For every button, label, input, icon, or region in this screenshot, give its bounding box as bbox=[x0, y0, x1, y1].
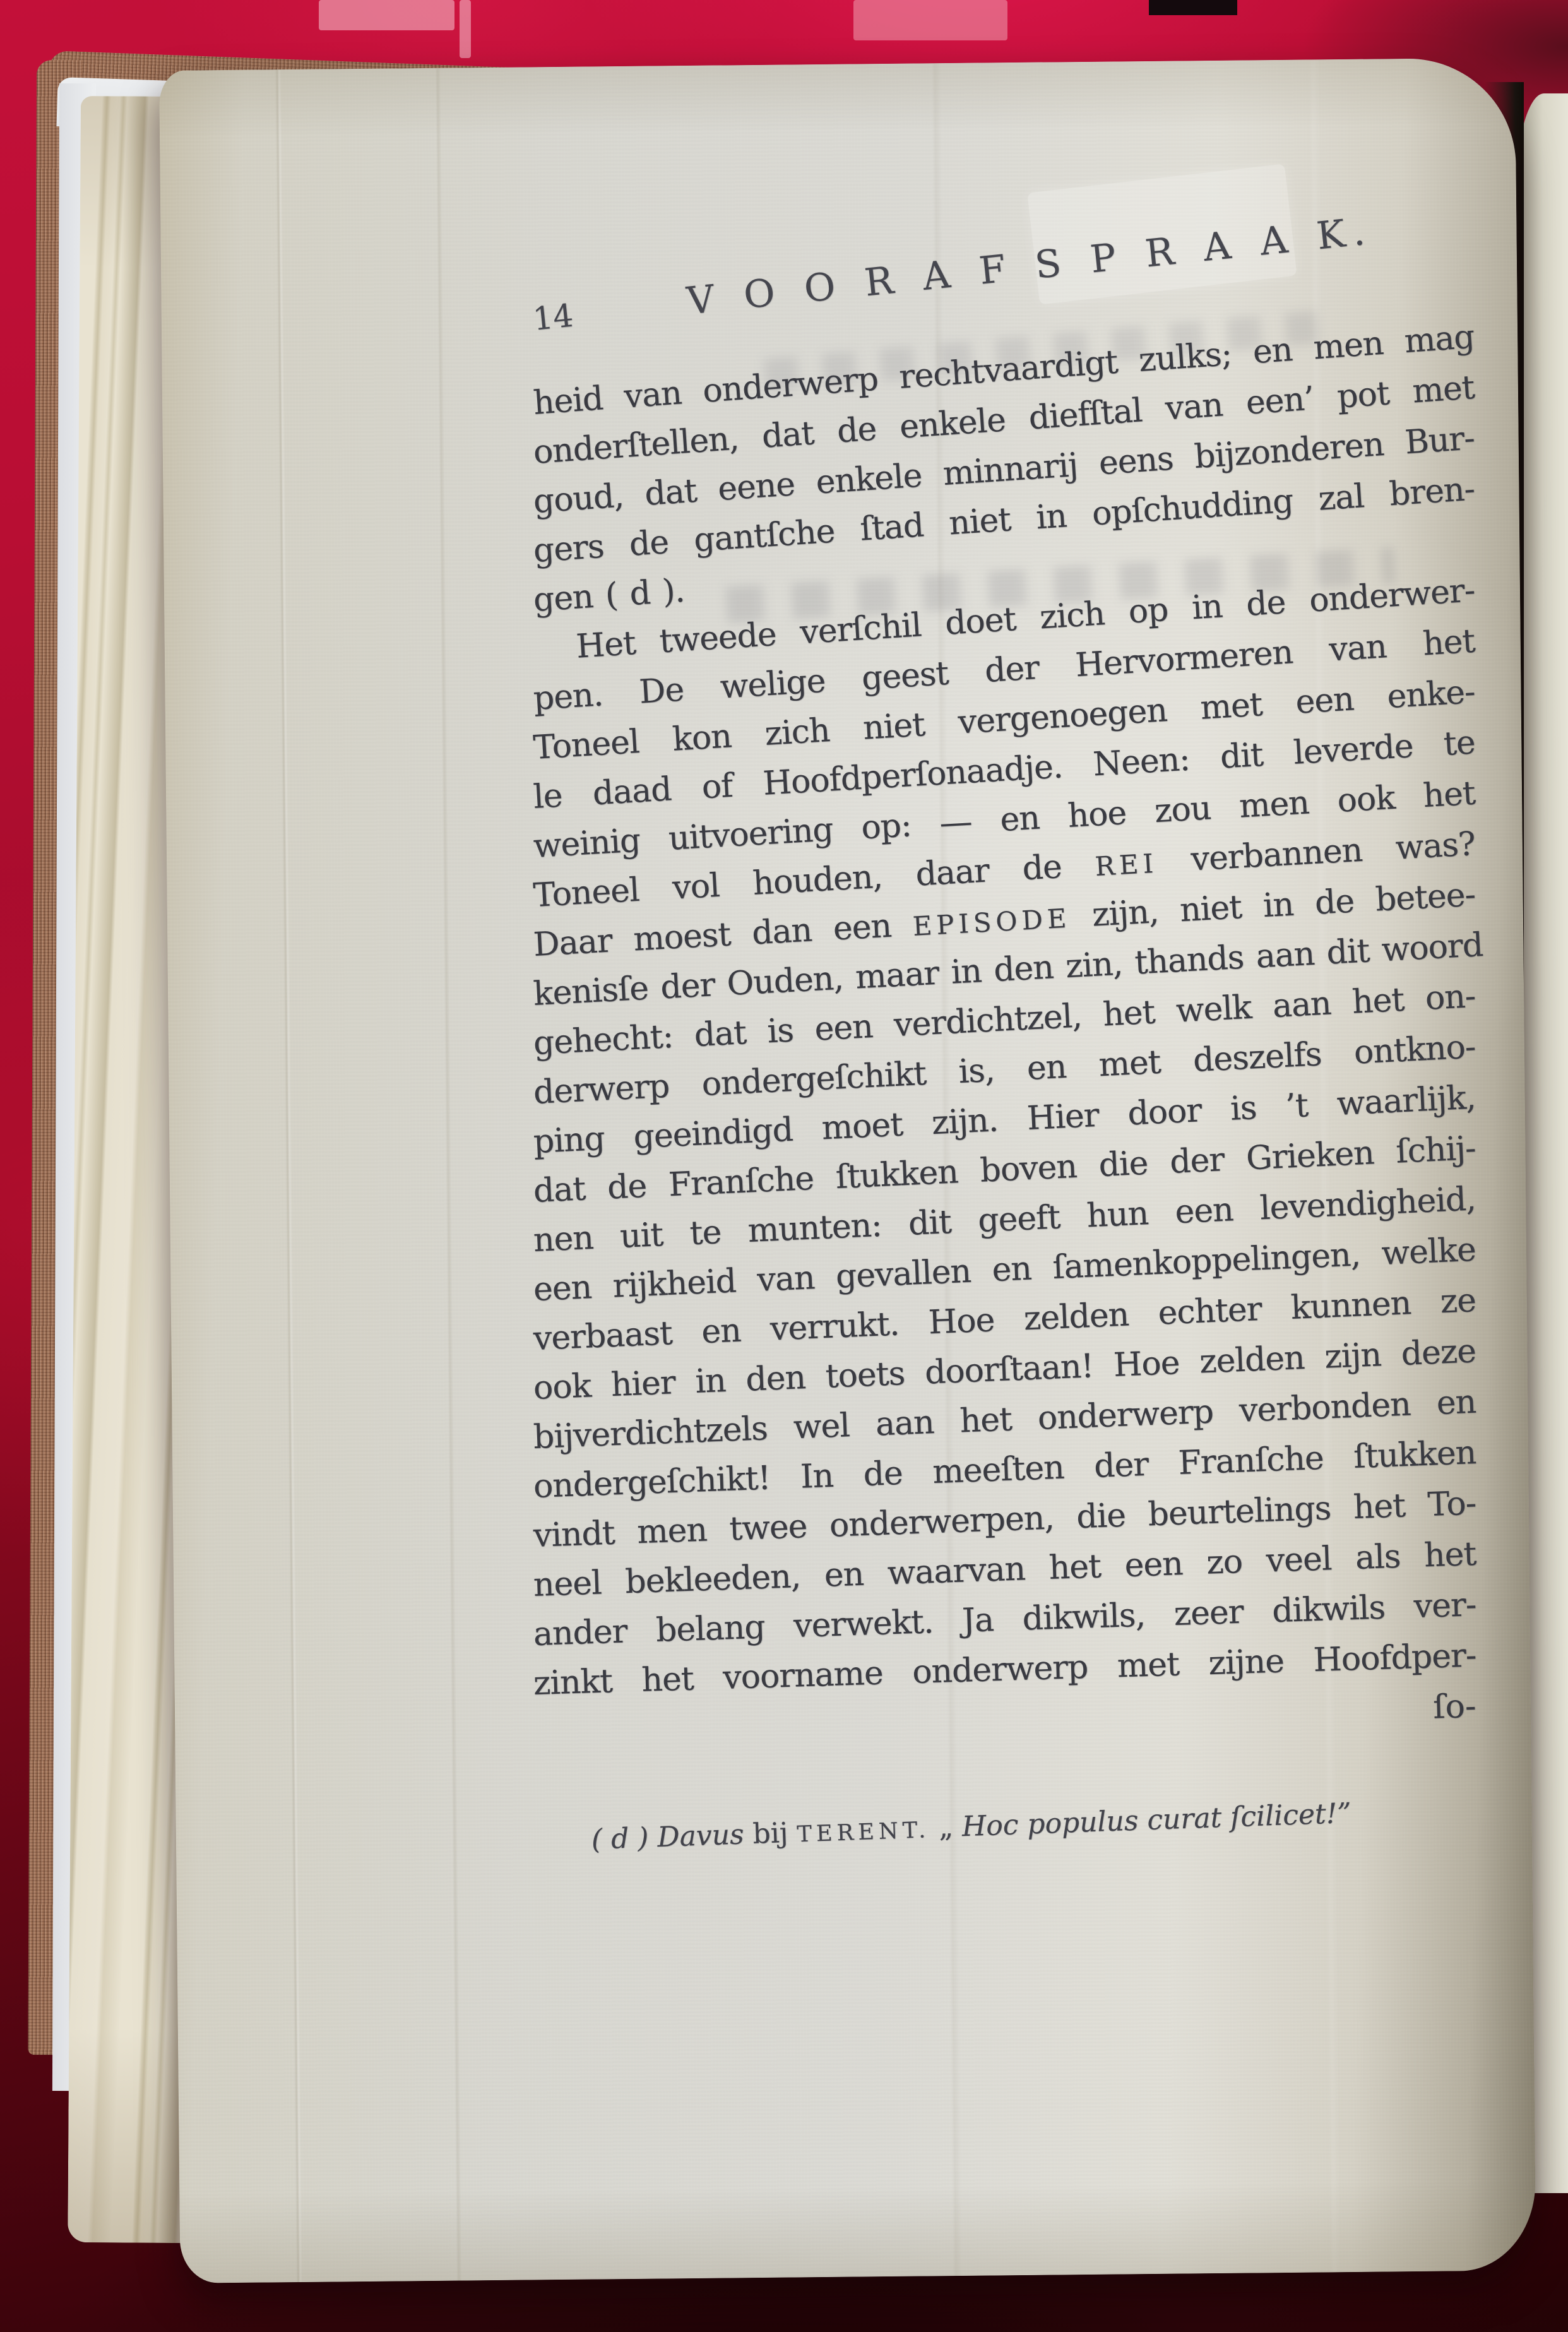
page-number: 14 bbox=[532, 297, 575, 338]
tape-strip bbox=[319, 0, 454, 30]
tape-strip bbox=[460, 0, 471, 58]
footnote-quote-open: „ bbox=[929, 1811, 963, 1844]
body-text: gen ( d ). bbox=[532, 572, 686, 619]
tape-strip bbox=[853, 0, 1007, 40]
small-caps-text: EPISODE bbox=[912, 903, 1072, 942]
footnote-text: bij bbox=[744, 1816, 798, 1850]
footnote-name: Davus bbox=[656, 1818, 744, 1853]
body-text-block: heid van onderwerp rechtvaardigt zulks; … bbox=[533, 379, 1476, 1708]
shadow-sliver bbox=[1149, 0, 1237, 15]
book-photograph: { "book": { "page_number": "14", "runnin… bbox=[0, 0, 1568, 2332]
footnote-author: TERENT. bbox=[797, 1817, 930, 1847]
small-caps-text: REI bbox=[1094, 848, 1158, 882]
footnote-marker: ( d ) bbox=[591, 1821, 658, 1856]
